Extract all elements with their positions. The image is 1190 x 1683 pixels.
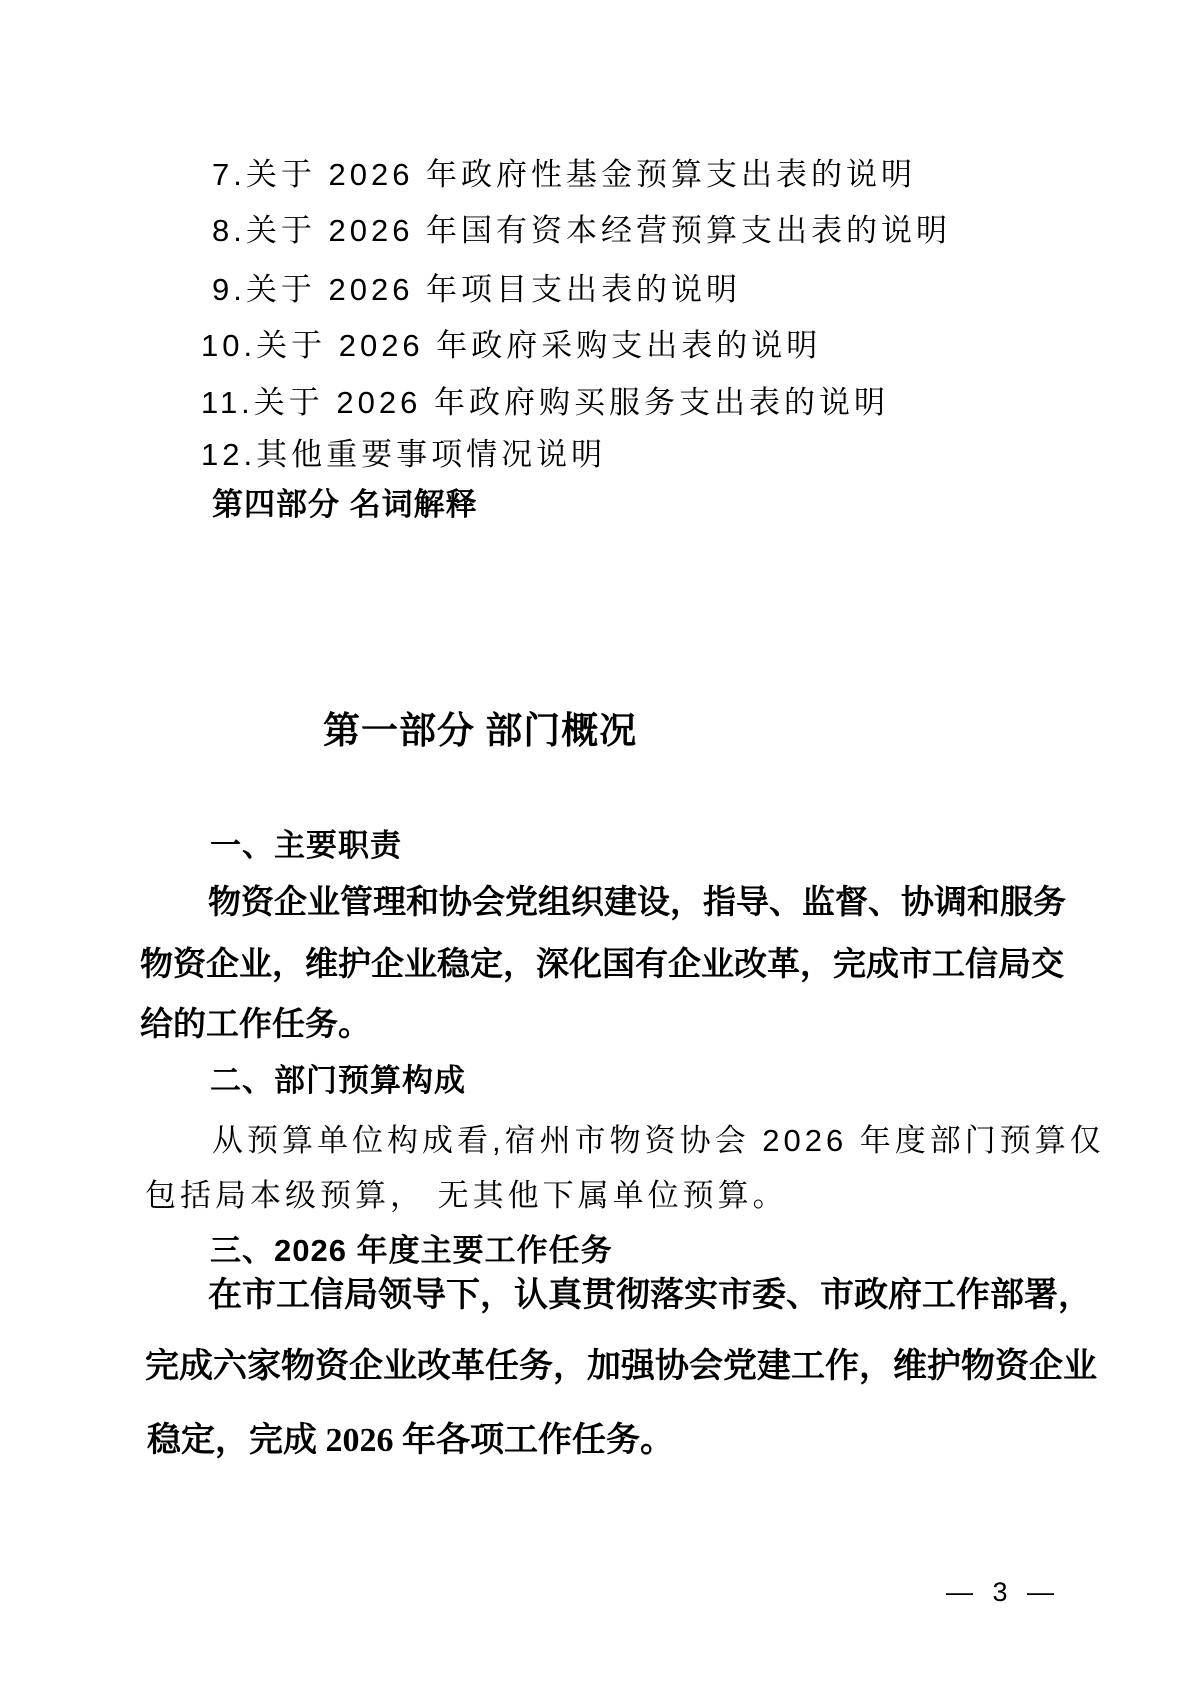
section2-heading: 二、部门预算构成 [210,1062,466,1099]
section2-line2: 包括局本级预算， 无其他下属单位预算。 [145,1177,788,1214]
section1-line2: 物资企业，维护企业稳定，深化国有企业改革，完成市工信局交 [140,946,1064,986]
section2-line1: 从预算单位构成看,宿州市物资协会 2026 年度部门预算仅 [212,1122,1105,1159]
toc-part4-heading: 第四部分 名词解释 [212,486,478,523]
section3-line1: 在市工信局领导下，认真贯彻落实市委、市政府工作部署， [208,1276,1092,1317]
section1-heading: 一、主要职责 [210,827,402,864]
section1-line3: 给的工作任务。 [140,1006,371,1046]
section3-line3: 稳定，完成 2026 年各项工作任务。 [147,1421,674,1462]
toc-item-8: 8.关于 2026 年国有资本经营预算支出表的说明 [212,212,951,249]
toc-item-9: 9.关于 2026 年项目支出表的说明 [212,271,741,308]
section3-line2: 完成六家物资企业改革任务，加强协会党建工作，维护物资企业 [145,1347,1097,1388]
section1-line1: 物资企业管理和协会党组织建设，指导、监督、协调和服务 [208,884,1066,924]
toc-item-12: 12.其他重要事项情况说明 [201,436,606,473]
page-number: — 3 — [946,1576,1060,1608]
part1-title: 第一部分 部门概况 [323,710,637,754]
toc-item-7: 7.关于 2026 年政府性基金预算支出表的说明 [212,156,916,193]
toc-item-11: 11.关于 2026 年政府购买服务支出表的说明 [201,384,889,421]
toc-item-10: 10.关于 2026 年政府采购支出表的说明 [201,327,821,364]
document-page: 7.关于 2026 年政府性基金预算支出表的说明 8.关于 2026 年国有资本… [0,0,1190,1683]
section3-heading: 三、2026 年度主要工作任务 [210,1232,613,1269]
